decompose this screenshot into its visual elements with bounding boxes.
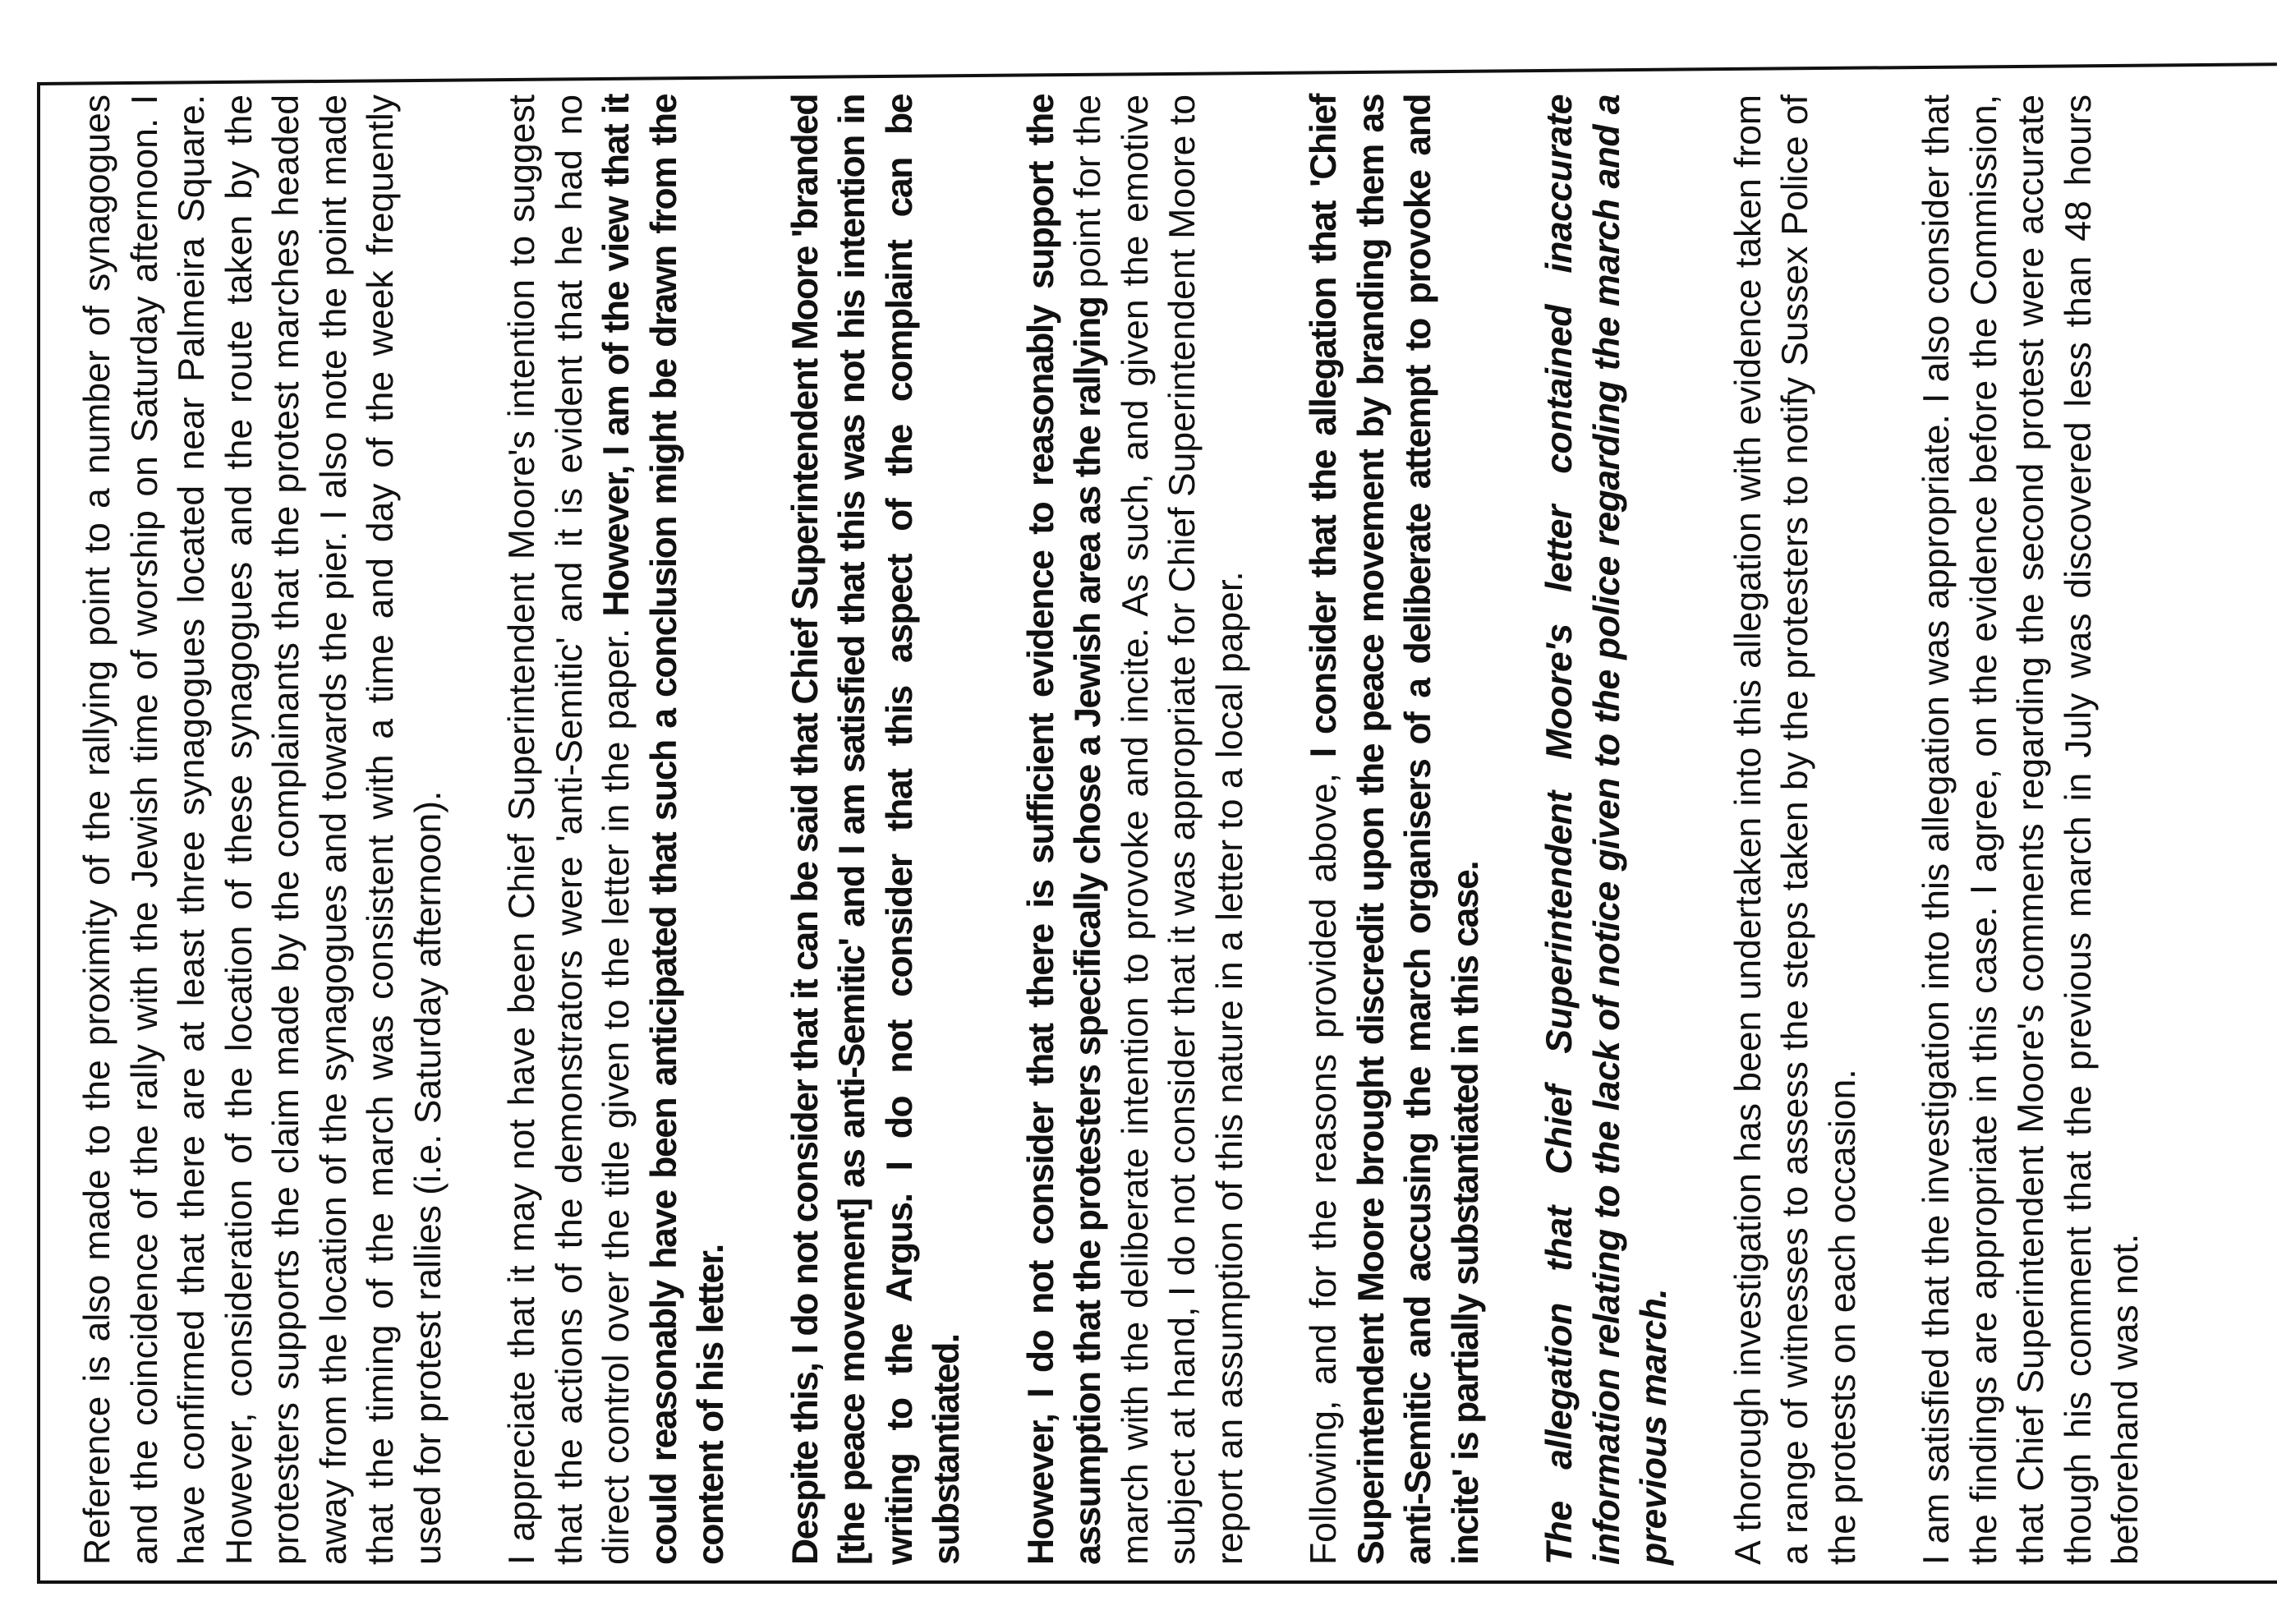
paragraph-text: A thorough investigation has been undert… [1728, 94, 1863, 1565]
paragraph-text: I am satisfied that the investigation in… [1916, 94, 2146, 1565]
paragraph-partially-substantiated: Following, and for the reasons provided … [1300, 94, 1489, 1565]
page-border-top [37, 62, 2277, 85]
page-border-bottom [37, 1580, 2277, 1584]
paragraph-bold-finding: However, I do not consider that there is… [1021, 94, 1109, 1565]
paragraph-despite-this: Despite this, I do not consider that it … [782, 94, 971, 1565]
scanned-document-page: Reference is also made to the proximity … [74, 94, 2196, 1565]
paragraph-satisfied-conclusion: I am satisfied that the investigation in… [1913, 94, 2150, 1565]
paragraph-text: Reference is also made to the proximity … [77, 94, 448, 1565]
paragraph-insufficient-evidence: However, I do not consider that there is… [1018, 94, 1254, 1565]
paragraph-thorough-investigation: A thorough investigation has been undert… [1725, 94, 1867, 1565]
page-border-left [37, 85, 40, 1581]
heading-text: The allegation that Chief Superintendent… [1539, 94, 1674, 1565]
section-heading-allegation: The allegation that Chief Superintendent… [1536, 94, 1678, 1565]
paragraph-synagogue-proximity: Reference is also made to the proximity … [74, 94, 452, 1565]
paragraph-appreciate-intention: I appreciate that it may not have been C… [499, 94, 735, 1565]
paragraph-bold-finding: Despite this, I do not consider that it … [785, 94, 968, 1565]
paragraph-text: Following, and for the reasons provided … [1304, 757, 1344, 1565]
